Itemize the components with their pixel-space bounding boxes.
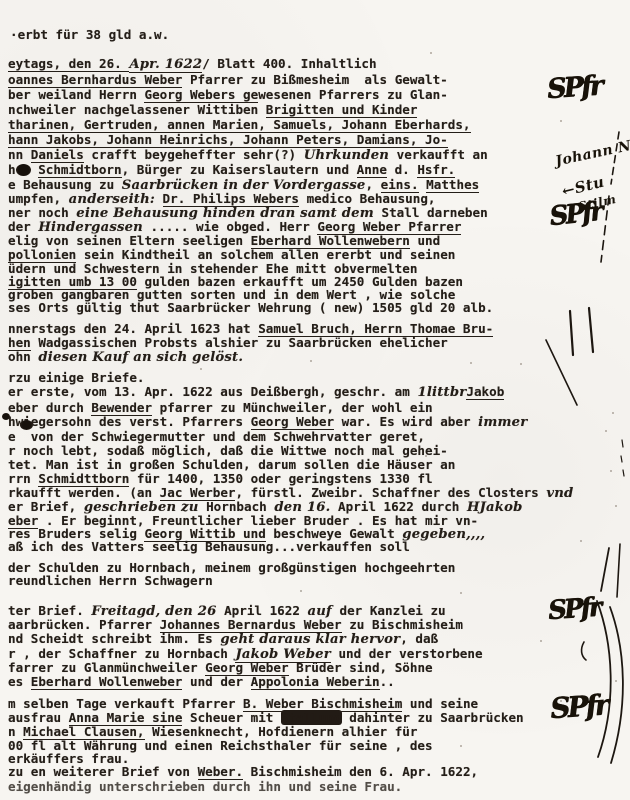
typed-segment: tet. Man ist in großen Schulden, darum s… [8, 457, 455, 472]
text-line: eytags, den 26. Apr. 1622/ Blatt 400. In… [8, 57, 377, 72]
text-line: reundlichen Herrn Schwagern [8, 574, 213, 588]
typed-segment: hwiegersohn des verst. Pfarrers [8, 414, 251, 429]
typed-segment: und seine [402, 696, 478, 711]
typed-segment: der Kanzlei zu [332, 603, 446, 618]
text-line: h Schmidtborn, Bürger zu Kaiserslautern … [8, 163, 455, 177]
photocopy-speck [200, 368, 202, 370]
typed-segment: ber weiland Herrn [8, 87, 144, 102]
text-line: rzu einige Briefe. [8, 371, 144, 385]
typed-segment: nnerstags den 24. April 1623 hat [8, 321, 258, 336]
typed-segment: wesenen Pfarrers zu Glan- [258, 87, 448, 102]
text-line: r noch lebt, sodaß möglich, daß die Witt… [8, 444, 448, 458]
typed-segment: ·erbt für 38 gld a.w. [10, 27, 169, 42]
typed-segment: dahinter zu Saarbrücken [342, 710, 524, 725]
typed-segment: Georg Webers ge [144, 87, 258, 103]
photocopy-speck [300, 590, 302, 592]
typed-segment: der [8, 219, 38, 234]
typed-segment [155, 191, 163, 206]
typed-segment: , [365, 177, 380, 192]
typed-segment: n [8, 724, 23, 739]
typed-segment: rrn [8, 471, 38, 486]
text-line: nn Daniels crafft beygeheffter sehr(?) U… [8, 148, 488, 163]
text-line: pollonien sein Kindtheil an solchem alle… [8, 248, 455, 262]
handwritten-segment: vnd [546, 486, 573, 501]
typed-segment: eber durch [8, 400, 91, 415]
text-line: oannes Bernhardus Weber Pfarrer zu Bißme… [8, 73, 448, 87]
text-line: rrn Schmidttborn für 1400, 1350 oder ger… [8, 472, 433, 486]
typed-segment: April 1622 [217, 603, 308, 618]
photocopy-speck [560, 700, 562, 702]
text-line: er erste, vom 13. Apr. 1622 aus Deißberg… [8, 385, 504, 400]
typed-segment: eytags, den 26. [8, 56, 129, 72]
text-line: rkaufft werden. (an Jac Werber, fürstl. … [8, 486, 573, 501]
handwritten-segment: geht daraus klar hervor [220, 632, 400, 647]
text-line: ausfrau Anna Marie sine Scheuer mit Stal… [8, 711, 524, 725]
text-line: nchweiler nachgelassener Wittiben Brigit… [8, 103, 417, 117]
margin-note: SPfr [549, 688, 607, 725]
scanned-document-page: ·erbt für 38 gld a.w.eytags, den 26. Apr… [0, 0, 630, 800]
margin-stroke [546, 340, 577, 405]
typed-segment: umpfen, [8, 191, 69, 206]
photocopy-speck [460, 745, 462, 747]
text-line: ber weiland Herrn Georg Webers gewesenen… [8, 88, 448, 102]
typed-segment: rzu einige Briefe. [8, 370, 144, 385]
typed-segment: aß ich des Vatters seelig Behausung...ve… [8, 539, 410, 554]
typed-segment: tharinen, Gertruden, annen Marien, Samue… [8, 117, 471, 133]
margin-stroke [621, 440, 624, 476]
typed-segment: sein Kindtheil an solchem allen ererbt u… [76, 247, 455, 262]
margin-stroke [601, 548, 609, 591]
text-line: tet. Man ist in großen Schulden, darum s… [8, 458, 455, 472]
margin-note: SPfr [546, 70, 602, 105]
typed-segment: und [410, 233, 440, 248]
photocopy-speck [310, 360, 312, 362]
typed-segment: r , der Schaffner zu Hornbach [8, 646, 235, 661]
text-line: hann Jakobs, Johann Heinrichs, Johann Pe… [8, 133, 448, 147]
typed-segment: Bischmisheim den 6. Apr. 1622, [243, 764, 478, 779]
typed-segment: , fürstl. Zweibr. Schaffner des Closters [235, 485, 546, 500]
margin-stroke [582, 642, 586, 660]
photocopy-speck [560, 120, 562, 122]
typed-segment: zu en weiterer Brief von [8, 764, 198, 779]
typed-segment: Jakob [466, 384, 504, 400]
typed-segment: nchweiler nachgelassener Wittiben [8, 102, 266, 117]
typed-segment: Pfarrer zu Bißmesheim als Gewalt- [182, 72, 447, 87]
text-line: eigenhändig unterschrieben durch ihn und… [8, 780, 402, 794]
typed-segment: .. [380, 674, 395, 689]
typed-segment: April 1622 durch [330, 499, 466, 514]
typed-segment: Stall darneben [374, 205, 488, 220]
text-line: nd Scheidt schreibt ihm. Es geht daraus … [8, 632, 438, 647]
typed-segment: nd Scheidt schreibt ihm. Es [8, 631, 220, 646]
typed-segment: er Brief, [8, 499, 84, 514]
photocopy-speck [610, 470, 612, 472]
photocopy-speck [520, 363, 522, 365]
typed-segment: r noch lebt, sodaß möglich, daß die Witt… [8, 443, 448, 458]
typed-segment: ausfrau [8, 710, 69, 725]
margin-note: SPfr [548, 197, 602, 232]
handwritten-segment: Uhrkunden [304, 148, 389, 163]
typed-segment: / Blatt 400. Inhaltlich [202, 56, 376, 71]
text-line: aarbrücken. Pfarrer Johannes Bernardus W… [8, 618, 463, 632]
typed-segment: aarbrücken. Pfarrer [8, 617, 160, 632]
photocopy-speck [615, 680, 617, 682]
typed-segment: Wadgassischen Probsts alshier zu Saarbrü… [31, 335, 448, 350]
typed-segment: h [8, 162, 16, 177]
typed-segment: ner noch [8, 205, 76, 220]
photocopy-speck [540, 640, 542, 642]
typed-segment: e von der Schwiegermutter und dem Schweh… [8, 429, 425, 444]
handwritten-segment: 1littbr [417, 385, 466, 400]
ink-blob [2, 413, 10, 420]
typed-segment: Georg Weber [251, 414, 334, 430]
handwritten-segment: diesen Kauf an sich gelöst. [38, 350, 243, 365]
typed-segment: m selben Tage verkauft Pfarrer [8, 696, 243, 711]
margin-stroke [589, 308, 593, 352]
handwritten-segment: immer [478, 415, 527, 430]
typed-segment: und der verstorbene [331, 646, 483, 661]
photocopy-speck [470, 362, 472, 364]
text-line: aß ich des Vatters seelig Behausung...ve… [8, 540, 410, 554]
text-line: hwiegersohn des verst. Pfarrers Georg We… [8, 415, 527, 430]
typed-segment: Dr. Philips Webers [163, 191, 299, 207]
typed-segment: zu Bischmisheim [342, 617, 463, 632]
typed-segment: Daniels [31, 147, 84, 163]
typed-segment: Brigitten und Kinder [266, 102, 418, 118]
text-line: hen Wadgassischen Probsts alshier zu Saa… [8, 336, 448, 350]
typed-segment: elig von seinen Eltern seeligen [8, 233, 251, 248]
text-line: nnerstags den 24. April 1623 hat Samuel … [8, 322, 493, 336]
typed-segment: verkaufft an [389, 147, 488, 162]
ink-blob [20, 420, 33, 430]
margin-stroke [597, 601, 611, 757]
photocopy-speck [425, 455, 427, 457]
typed-segment: Hsfr. [417, 162, 455, 178]
margin-stroke [617, 544, 620, 597]
text-line: eber durch Bewender pfarrer zu Münchweil… [8, 401, 433, 415]
typed-segment: Scheuer mit [182, 710, 281, 725]
typed-segment: ohn [8, 349, 38, 364]
typed-segment: Appolonia Weberin [251, 674, 380, 690]
text-line: tharinen, Gertruden, annen Marien, Samue… [8, 118, 471, 132]
handwritten-segment: anderseith: [69, 192, 155, 207]
margin-stroke [570, 311, 573, 355]
typed-segment: , Bürger zu Kaiserslautern und [122, 162, 357, 177]
typed-segment: Wiesenknecht, Hofdienern alhier für [145, 724, 418, 739]
typed-segment: es [8, 674, 31, 689]
typed-segment: und der [182, 674, 250, 689]
typed-segment: pfarrer zu Münchweiler, der wohl ein [152, 400, 433, 415]
text-line: zu en weiterer Brief von Weber. Bischmis… [8, 765, 478, 779]
typed-segment: d. [387, 162, 417, 177]
typed-segment: rkaufft werden. (an [8, 485, 160, 500]
text-line: m selben Tage verkauft Pfarrer B. Weber … [8, 697, 478, 711]
text-line: e von der Schwiegermutter und dem Schweh… [8, 430, 425, 444]
text-line: ohn diesen Kauf an sich gelöst. [8, 350, 243, 365]
typed-segment: ses Orts gültig thut Saarbrücker Wehrung… [8, 300, 493, 315]
typed-segment: für 1400, 1350 oder geringstens 1330 fl [129, 471, 432, 486]
screenshot-root: { "page": { "kind_label": "scanned archi… [0, 0, 630, 800]
text-line: ses Orts gültig thut Saarbrücker Wehrung… [8, 301, 493, 315]
typed-segment: nn [8, 147, 31, 162]
text-line: n Michael Clausen, Wiesenknecht, Hofdien… [8, 725, 417, 739]
text-line: ·erbt für 38 gld a.w. [10, 28, 169, 42]
typed-segment: Eberhard Wollenweber [31, 674, 183, 690]
typed-segment: medico Behausung, [299, 191, 435, 206]
photocopy-speck [605, 430, 607, 432]
text-line: es Eberhard Wollenweber und der Appoloni… [8, 675, 395, 689]
margin-note: Johann N [554, 138, 630, 170]
typed-segment: Hornbach [199, 499, 275, 514]
photocopy-speck [612, 412, 614, 414]
ink-blob [16, 164, 31, 176]
typed-segment: war. Es wird aber [334, 414, 478, 429]
typed-segment: hann Jakobs, Johann Heinrichs, Johann Pe… [8, 132, 448, 148]
typed-segment: reundlichen Herrn Schwagern [8, 573, 213, 588]
typed-segment: Schmidtborn [38, 162, 121, 178]
typed-segment: Anne [357, 162, 387, 178]
typed-segment: eigenhändig unterschrieben durch ihn und… [8, 779, 402, 794]
text-line: farrer zu Glanmünchweiler Georg Weber Br… [8, 661, 433, 675]
typed-segment: farrer zu Glanmünchweiler [8, 660, 205, 675]
typed-segment: , daß [400, 631, 438, 646]
typed-segment: ..... wie obged. Herr [143, 219, 317, 234]
typed-segment: Stallung [281, 710, 342, 725]
typed-segment: ter Brief. [8, 603, 91, 618]
typed-segment: Brüder sind, Söhne [289, 660, 433, 675]
photocopy-speck [430, 52, 432, 54]
typed-segment: er erste, vom 13. Apr. 1622 aus Deißberg… [8, 384, 417, 399]
text-line: elig von seinen Eltern seeligen Eberhard… [8, 234, 440, 248]
typed-segment: e Behausung zu [8, 177, 122, 192]
typed-segment: oannes Bernhardus Weber [8, 72, 182, 88]
typed-segment: crafft beygeheffter sehr(?) [84, 147, 304, 162]
margin-note: SPfr [547, 592, 600, 625]
photocopy-speck [460, 592, 462, 594]
typed-segment: Weber. [198, 764, 244, 780]
margin-stroke [610, 607, 623, 763]
handwritten-segment: gegeben,,,, [402, 527, 485, 542]
handwritten-segment: Apr. 1622 [129, 57, 202, 73]
photocopy-speck [615, 505, 617, 507]
photocopy-speck [580, 540, 582, 542]
